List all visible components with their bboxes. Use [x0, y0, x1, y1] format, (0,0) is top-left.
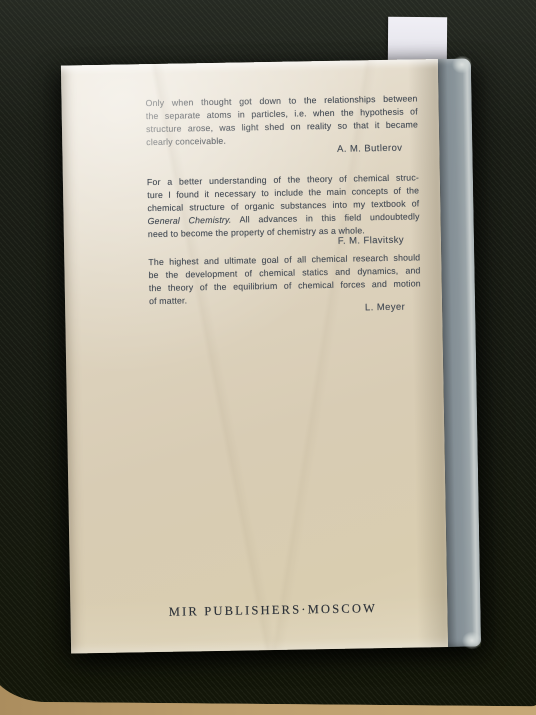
- bookmark-slip: [388, 17, 447, 63]
- quote-block-flavitsky: For a better understanding of the theory…: [147, 171, 420, 251]
- quote-line-continuation: All advances in this field undoubtedly: [231, 211, 419, 224]
- photo-book-back-cover: Only when thought got down to the relati…: [0, 0, 536, 715]
- dust-jacket: Only when thought got down to the relati…: [61, 59, 448, 653]
- quote-block-meyer: The highest and ultimate goal of all che…: [148, 251, 421, 318]
- worn-corner-top: [452, 55, 472, 73]
- book-title-italic: General Chemistry.: [148, 215, 232, 226]
- quote-block-butlerov: Only when thought got down to the relati…: [145, 92, 418, 159]
- book-back-cover: Only when thought got down to the relati…: [61, 58, 481, 653]
- publisher-imprint: MIR PUBLISHERS·MOSCOW: [84, 600, 461, 622]
